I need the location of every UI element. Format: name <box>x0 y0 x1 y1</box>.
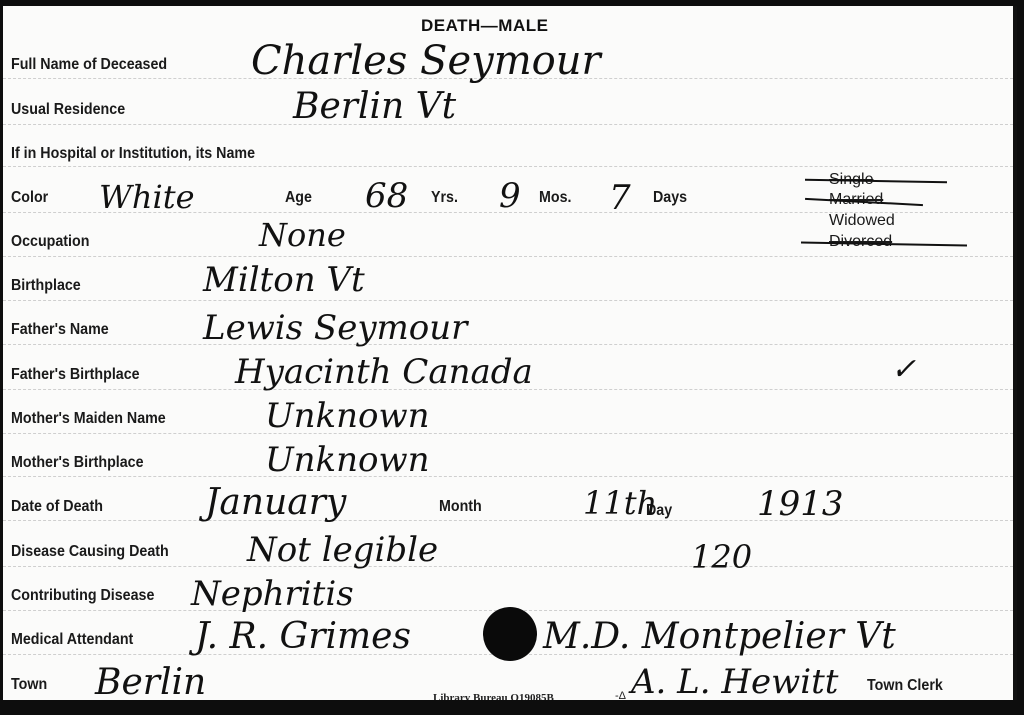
entry-death-day: 11th <box>583 484 657 522</box>
death-record-card: DEATH—MALE Full Name of Deceased Usual R… <box>3 6 1017 700</box>
entry-age-days: 7 <box>609 178 631 218</box>
rule-line <box>3 124 1013 125</box>
label-disease: Disease Causing Death <box>11 543 169 561</box>
label-date-of-death: Date of Death <box>11 498 103 516</box>
label-birthplace: Birthplace <box>11 277 81 295</box>
entry-father-birthplace: Hyacinth Canada <box>235 352 533 392</box>
label-town-clerk: Town Clerk <box>867 677 943 695</box>
label-mother-maiden: Mother's Maiden Name <box>11 410 166 428</box>
scan-border <box>0 700 1024 715</box>
label-full-name: Full Name of Deceased <box>11 56 167 74</box>
label-hospital: If in Hospital or Institution, its Name <box>11 145 255 163</box>
entry-occupation: None <box>259 216 346 254</box>
entry-attendant-suffix: M.D. Montpelier Vt <box>543 616 896 657</box>
rule-line <box>3 344 1013 345</box>
entry-age-years: 68 <box>365 176 408 216</box>
entry-town: Berlin <box>95 662 206 703</box>
strike-line <box>805 179 947 183</box>
entry-disease-code: 120 <box>691 538 752 576</box>
entry-death-year: 1913 <box>757 484 844 524</box>
rule-line <box>3 476 1013 477</box>
label-age: Age <box>285 189 312 207</box>
entry-mother-birthplace: Unknown <box>265 440 430 480</box>
entry-contributing: Nephritis <box>191 574 354 614</box>
entry-medical-attendant: J. R. Grimes <box>195 616 411 657</box>
label-yrs: Yrs. <box>431 189 458 207</box>
entry-mother-maiden: Unknown <box>265 396 430 436</box>
entry-death-month: January <box>205 482 346 523</box>
entry-color: White <box>99 178 195 216</box>
marital-option-widowed: Widowed <box>829 212 895 230</box>
label-occupation: Occupation <box>11 233 89 251</box>
clerk-signature: A. L. Hewitt <box>631 662 838 702</box>
form-title: DEATH—MALE <box>421 16 548 36</box>
label-father-name: Father's Name <box>11 321 109 339</box>
rule-line <box>3 566 1013 567</box>
check-mark-icon: ✓ <box>891 352 916 387</box>
label-month: Month <box>439 498 482 516</box>
entry-birthplace: Milton Vt <box>203 260 365 300</box>
entry-age-months: 9 <box>499 176 521 216</box>
label-town: Town <box>11 676 47 694</box>
entry-father-name: Lewis Seymour <box>203 308 467 348</box>
entry-disease: Not legible <box>247 530 438 570</box>
rule-line <box>3 433 1013 434</box>
ink-seal-dot <box>483 607 537 661</box>
label-mos: Mos. <box>539 189 571 207</box>
label-color: Color <box>11 189 48 207</box>
rule-line <box>3 166 1013 167</box>
label-medical-attendant: Medical Attendant <box>11 631 133 649</box>
label-days: Days <box>653 189 687 207</box>
entry-residence: Berlin Vt <box>293 86 456 127</box>
label-mother-birthplace: Mother's Birthplace <box>11 454 144 472</box>
rule-line <box>3 256 1013 257</box>
entry-full-name: Charles Seymour <box>251 38 601 84</box>
label-father-birthplace: Father's Birthplace <box>11 366 140 384</box>
rule-line <box>3 520 1013 521</box>
rule-line <box>3 300 1013 301</box>
label-residence: Usual Residence <box>11 101 125 119</box>
label-contributing: Contributing Disease <box>11 587 154 605</box>
